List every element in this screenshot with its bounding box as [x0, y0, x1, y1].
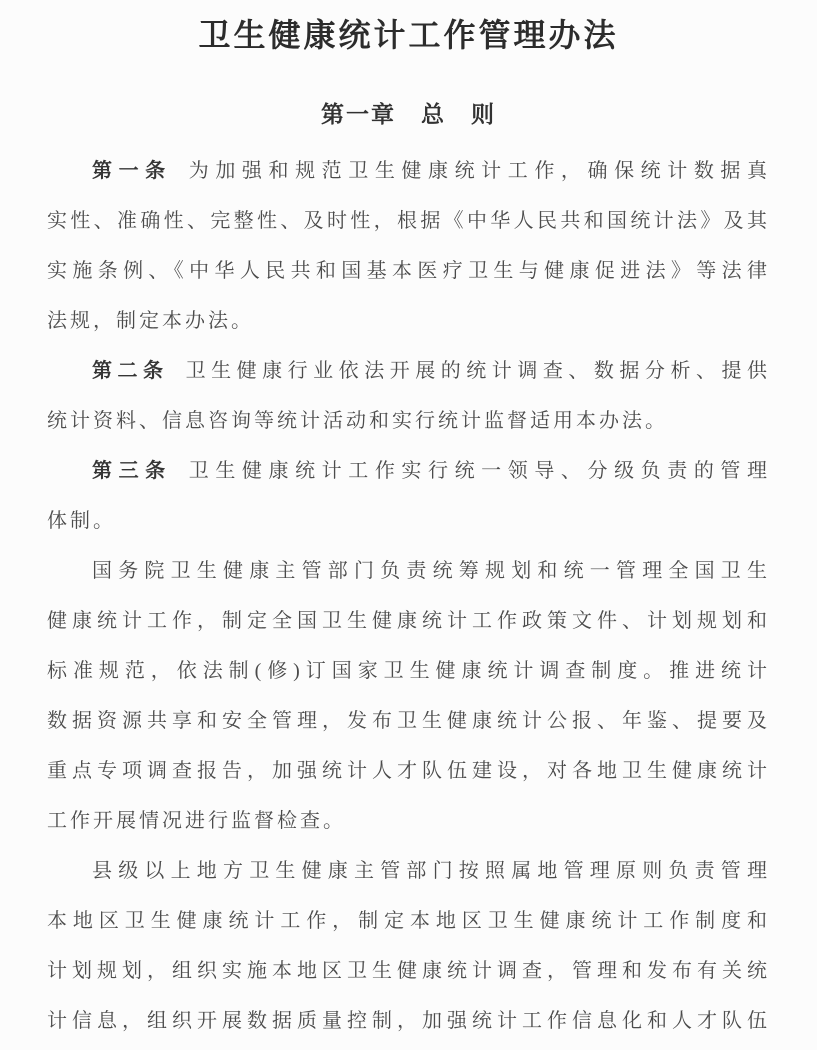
line-text: 重点专项调查报告，加强统计人才队伍建设，对各地卫生健康统计	[47, 760, 770, 782]
line-text: 工作开展情况进行监督检查。	[47, 810, 346, 832]
doc-line: 计信息，组织开展数据质量控制，加强统计工作信息化和人才队伍	[47, 996, 770, 1046]
doc-line: 实施条例、《中华人民共和国基本医疗卫生与健康促进法》等法律	[47, 246, 770, 296]
doc-line: 国务院卫生健康主管部门负责统筹规划和统一管理全国卫生	[47, 546, 770, 596]
doc-line: 第三条卫生健康统计工作实行统一领导、分级负责的管理	[47, 446, 770, 496]
line-text: 标准规范，依法制(修)订国家卫生健康统计调查制度。推进统计	[47, 660, 770, 682]
chapter-heading: 第一章 总 则	[47, 99, 770, 129]
doc-line: 第一条为加强和规范卫生健康统计工作，确保统计数据真	[47, 146, 770, 196]
line-text: 数据资源共享和安全管理，发布卫生健康统计公报、年鉴、提要及	[47, 710, 770, 732]
doc-line: 健康统计工作，制定全国卫生健康统计工作政策文件、计划规划和	[47, 596, 770, 646]
line-text: 县级以上地方卫生健康主管部门按照属地管理原则负责管理	[92, 860, 770, 882]
line-text: 计划规划，组织实施本地区卫生健康统计调查，管理和发布有关统	[47, 960, 770, 982]
doc-line: 实性、准确性、完整性、及时性，根据《中华人民共和国统计法》及其	[47, 196, 770, 246]
line-text: 为加强和规范卫生健康统计工作，确保统计数据真	[189, 160, 770, 182]
article-number: 第三条	[92, 460, 172, 482]
doc-line: 标准规范，依法制(修)订国家卫生健康统计调查制度。推进统计	[47, 646, 770, 696]
doc-line: 县级以上地方卫生健康主管部门按照属地管理原则负责管理	[47, 846, 770, 896]
document-page: 卫生健康统计工作管理办法 第一章 总 则 第一条为加强和规范卫生健康统计工作，确…	[0, 0, 817, 1050]
doc-line: 计划规划，组织实施本地区卫生健康统计调查，管理和发布有关统	[47, 946, 770, 996]
line-text: 统计资料、信息咨询等统计活动和实行统计监督适用本办法。	[47, 410, 668, 432]
doc-line: 数据资源共享和安全管理，发布卫生健康统计公报、年鉴、提要及	[47, 696, 770, 746]
doc-line: 第二条卫生健康行业依法开展的统计调查、数据分析、提供	[47, 346, 770, 396]
line-text: 体制。	[47, 510, 116, 532]
document-title: 卫生健康统计工作管理办法	[47, 0, 770, 54]
doc-line: 重点专项调查报告，加强统计人才队伍建设，对各地卫生健康统计	[47, 746, 770, 796]
doc-line: 体制。	[47, 496, 770, 546]
line-text: 法规，制定本办法。	[47, 310, 254, 332]
line-text: 健康统计工作，制定全国卫生健康统计工作政策文件、计划规划和	[47, 610, 770, 632]
line-text: 本地区卫生健康统计工作，制定本地区卫生健康统计工作制度和	[47, 910, 770, 932]
line-text: 计信息，组织开展数据质量控制，加强统计工作信息化和人才队伍	[47, 1010, 770, 1032]
article-number: 第一条	[92, 160, 172, 182]
line-text: 卫生健康行业依法开展的统计调查、数据分析、提供	[186, 360, 770, 382]
line-text: 实性、准确性、完整性、及时性，根据《中华人民共和国统计法》及其	[47, 210, 770, 232]
document-body: 第一条为加强和规范卫生健康统计工作，确保统计数据真 实性、准确性、完整性、及时性…	[47, 146, 770, 1046]
doc-line: 工作开展情况进行监督检查。	[47, 796, 770, 846]
doc-line: 法规，制定本办法。	[47, 296, 770, 346]
line-text: 实施条例、《中华人民共和国基本医疗卫生与健康促进法》等法律	[47, 260, 770, 282]
line-text: 国务院卫生健康主管部门负责统筹规划和统一管理全国卫生	[92, 560, 770, 582]
doc-line: 统计资料、信息咨询等统计活动和实行统计监督适用本办法。	[47, 396, 770, 446]
line-text: 卫生健康统计工作实行统一领导、分级负责的管理	[189, 460, 770, 482]
article-number: 第二条	[92, 360, 169, 382]
doc-line: 本地区卫生健康统计工作，制定本地区卫生健康统计工作制度和	[47, 896, 770, 946]
